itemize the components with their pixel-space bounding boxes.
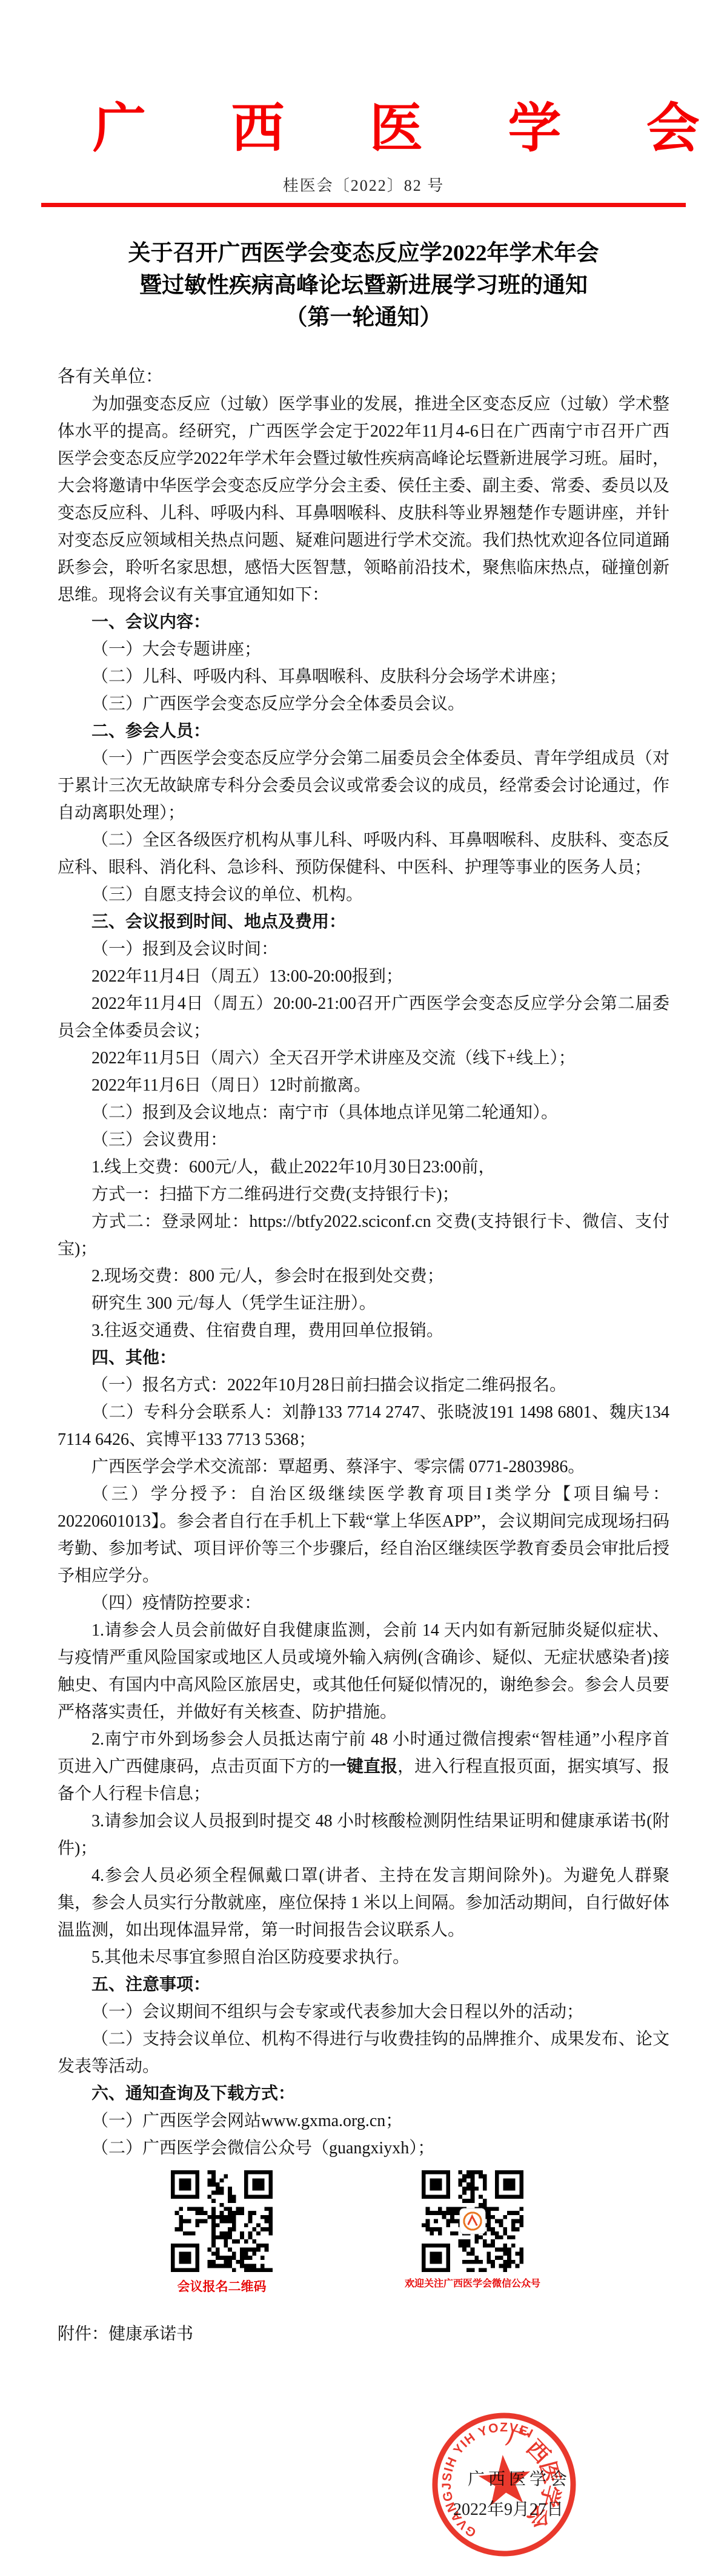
paragraph: 2022年11月4日（周五）13:00-20:00报到； — [58, 963, 669, 990]
paragraph: （三）广西医学会变态反应学分会全体委员会议。 — [58, 690, 669, 718]
registration-qr-code — [170, 2170, 273, 2272]
paragraph: 5.其他未尽事宜参照自治区防疫要求执行。 — [58, 1944, 669, 1971]
body-content: 为加强变态反应（过敏）医学事业的发展，推进全区变态反应（过敏）学术整体水平的提高… — [58, 391, 669, 2162]
paragraph: （一）报名方式：2022年10月28日前扫描会议指定二维码报名。 — [58, 1372, 669, 1399]
section-heading: 六、通知查询及下载方式： — [58, 2080, 669, 2107]
registration-qr-caption: 会议报名二维码 — [178, 2277, 267, 2295]
notice-title-line-3: （第一轮通知） — [58, 302, 669, 334]
doc-number: 桂医会〔2022〕82 号 — [58, 173, 669, 196]
paragraph: （二）儿科、呼吸内科、耳鼻咽喉科、皮肤科分会场学术讲座； — [58, 663, 669, 690]
notice-title-line-2: 暨过敏性疾病高峰论坛暨新进展学习班的通知 — [58, 269, 669, 302]
paragraph: （一）报到及会议时间： — [58, 936, 669, 963]
section-heading: 一、会议内容： — [58, 609, 669, 636]
paragraph: 2.现场交费：800 元/人，参会时在报到处交费； — [58, 1263, 669, 1290]
wechat-qr-caption: 欢迎关注广西医学会微信公众号 — [405, 2276, 540, 2290]
paragraph: （二）支持会议单位、机构不得进行与收费挂钩的品牌推介、成果发布、论文发表等活动。 — [58, 2026, 669, 2080]
paragraph: （二）全区各级医疗机构从事儿科、呼吸内科、耳鼻咽喉科、皮肤科、变态反应科、眼科、… — [58, 827, 669, 881]
star-icon — [477, 2452, 533, 2506]
paragraph: （二）广西医学会微信公众号（guangxiyxh）； — [58, 2135, 669, 2162]
paragraph: （一）大会专题讲座； — [58, 636, 669, 663]
wechat-qr-code — [421, 2170, 524, 2272]
paragraph: 4.参会人员必须全程佩戴口罩(讲者、主持在发言期间除外)。为避免人群聚集，参会人… — [58, 1862, 669, 1944]
paragraph: 方式二：登录网址：https://btfy2022.sciconf.cn 交费(… — [58, 1208, 669, 1263]
red-divider-rule — [41, 203, 686, 207]
paragraph: 为加强变态反应（过敏）医学事业的发展，推进全区变态反应（过敏）学术整体水平的提高… — [58, 391, 669, 609]
attachment-note: 附件：健康承诺书 — [58, 2320, 669, 2348]
paragraph: （一）会议期间不组织与会专家或代表参加大会日程以外的活动； — [58, 1998, 669, 2026]
document-page: 广 西 医 学 会 桂医会〔2022〕82 号 关于召开广西医学会变态反应学20… — [0, 0, 727, 2348]
paragraph: 1.请参会人员会前做好自我健康监测，会前 14 天内如有新冠肺炎疑似症状、与疫情… — [58, 1617, 669, 1726]
notice-title: 关于召开广西医学会变态反应学2022年学术年会 暨过敏性疾病高峰论坛暨新进展学习… — [58, 237, 669, 334]
paragraph: 方式一：扫描下方二维码进行交费(支持银行卡)； — [58, 1181, 669, 1208]
section-heading: 二、参会人员： — [58, 718, 669, 745]
official-seal: GVANGJSIH YIH YOZVEI 广西医学会 — [421, 2402, 586, 2567]
wechat-qr-block: 欢迎关注广西医学会微信公众号 — [405, 2170, 540, 2290]
paragraph: 3.请参加会议人员报到时提交 48 小时核酸检测阴性结果证明和健康承诺书(附件)… — [58, 1808, 669, 1862]
section-heading: 五、注意事项： — [58, 1971, 669, 1998]
registration-qr-block: 会议报名二维码 — [170, 2170, 273, 2295]
paragraph: （二）专科分会联系人：刘静133 7714 2747、张晓波191 1498 6… — [58, 1399, 669, 1453]
qr-section: 会议报名二维码 欢迎关注广西医学会微信公众号 — [58, 2170, 669, 2295]
paragraph: 广西医学会学术交流部：覃超勇、蔡泽宇、零宗儒 0771-2803986。 — [58, 1453, 669, 1481]
section-heading: 四、其他： — [58, 1344, 669, 1372]
paragraph: （二）报到及会议地点：南宁市（具体地点详见第二轮通知）。 — [58, 1099, 669, 1126]
paragraph: 3.往返交通费、住宿费自理，费用回单位报销。 — [58, 1317, 669, 1344]
org-title: 广 西 医 学 会 — [58, 102, 669, 155]
paragraph: （一）广西医学会网站www.gxma.org.cn； — [58, 2107, 669, 2135]
paragraph: （三）会议费用： — [58, 1126, 669, 1154]
paragraph: （三）自愿支持会议的单位、机构。 — [58, 881, 669, 908]
paragraph: 2.南宁市外到场参会人员抵达南宁前 48 小时通过微信搜索“智桂通”小程序首页进… — [58, 1726, 669, 1808]
paragraph: 研究生 300 元/每人（凭学生证注册）。 — [58, 1290, 669, 1317]
paragraph: 2022年11月6日（周日）12时前撤离。 — [58, 1072, 669, 1099]
paragraph: （一）广西医学会变态反应学分会第二届委员会全体委员、青年学组成员（对于累计三次无… — [58, 745, 669, 827]
paragraph: 2022年11月5日（周六）全天召开学术讲座及交流（线下+线上）； — [58, 1045, 669, 1072]
salutation: 各有关单位： — [58, 363, 669, 391]
section-heading: 三、会议报到时间、地点及费用： — [58, 908, 669, 936]
paragraph: 2022年11月4日（周五）20:00-21:00召开广西医学会变态反应学分会第… — [58, 990, 669, 1045]
notice-title-line-1: 关于召开广西医学会变态反应学2022年学术年会 — [58, 237, 669, 269]
paragraph: 1.线上交费：600元/人，截止2022年10月30日23:00前， — [58, 1154, 669, 1181]
paragraph: （三）学分授予：自治区级继续医学教育项目I类学分【项目编号：2022060101… — [58, 1481, 669, 1590]
paragraph: （四）疫情防控要求： — [58, 1590, 669, 1617]
